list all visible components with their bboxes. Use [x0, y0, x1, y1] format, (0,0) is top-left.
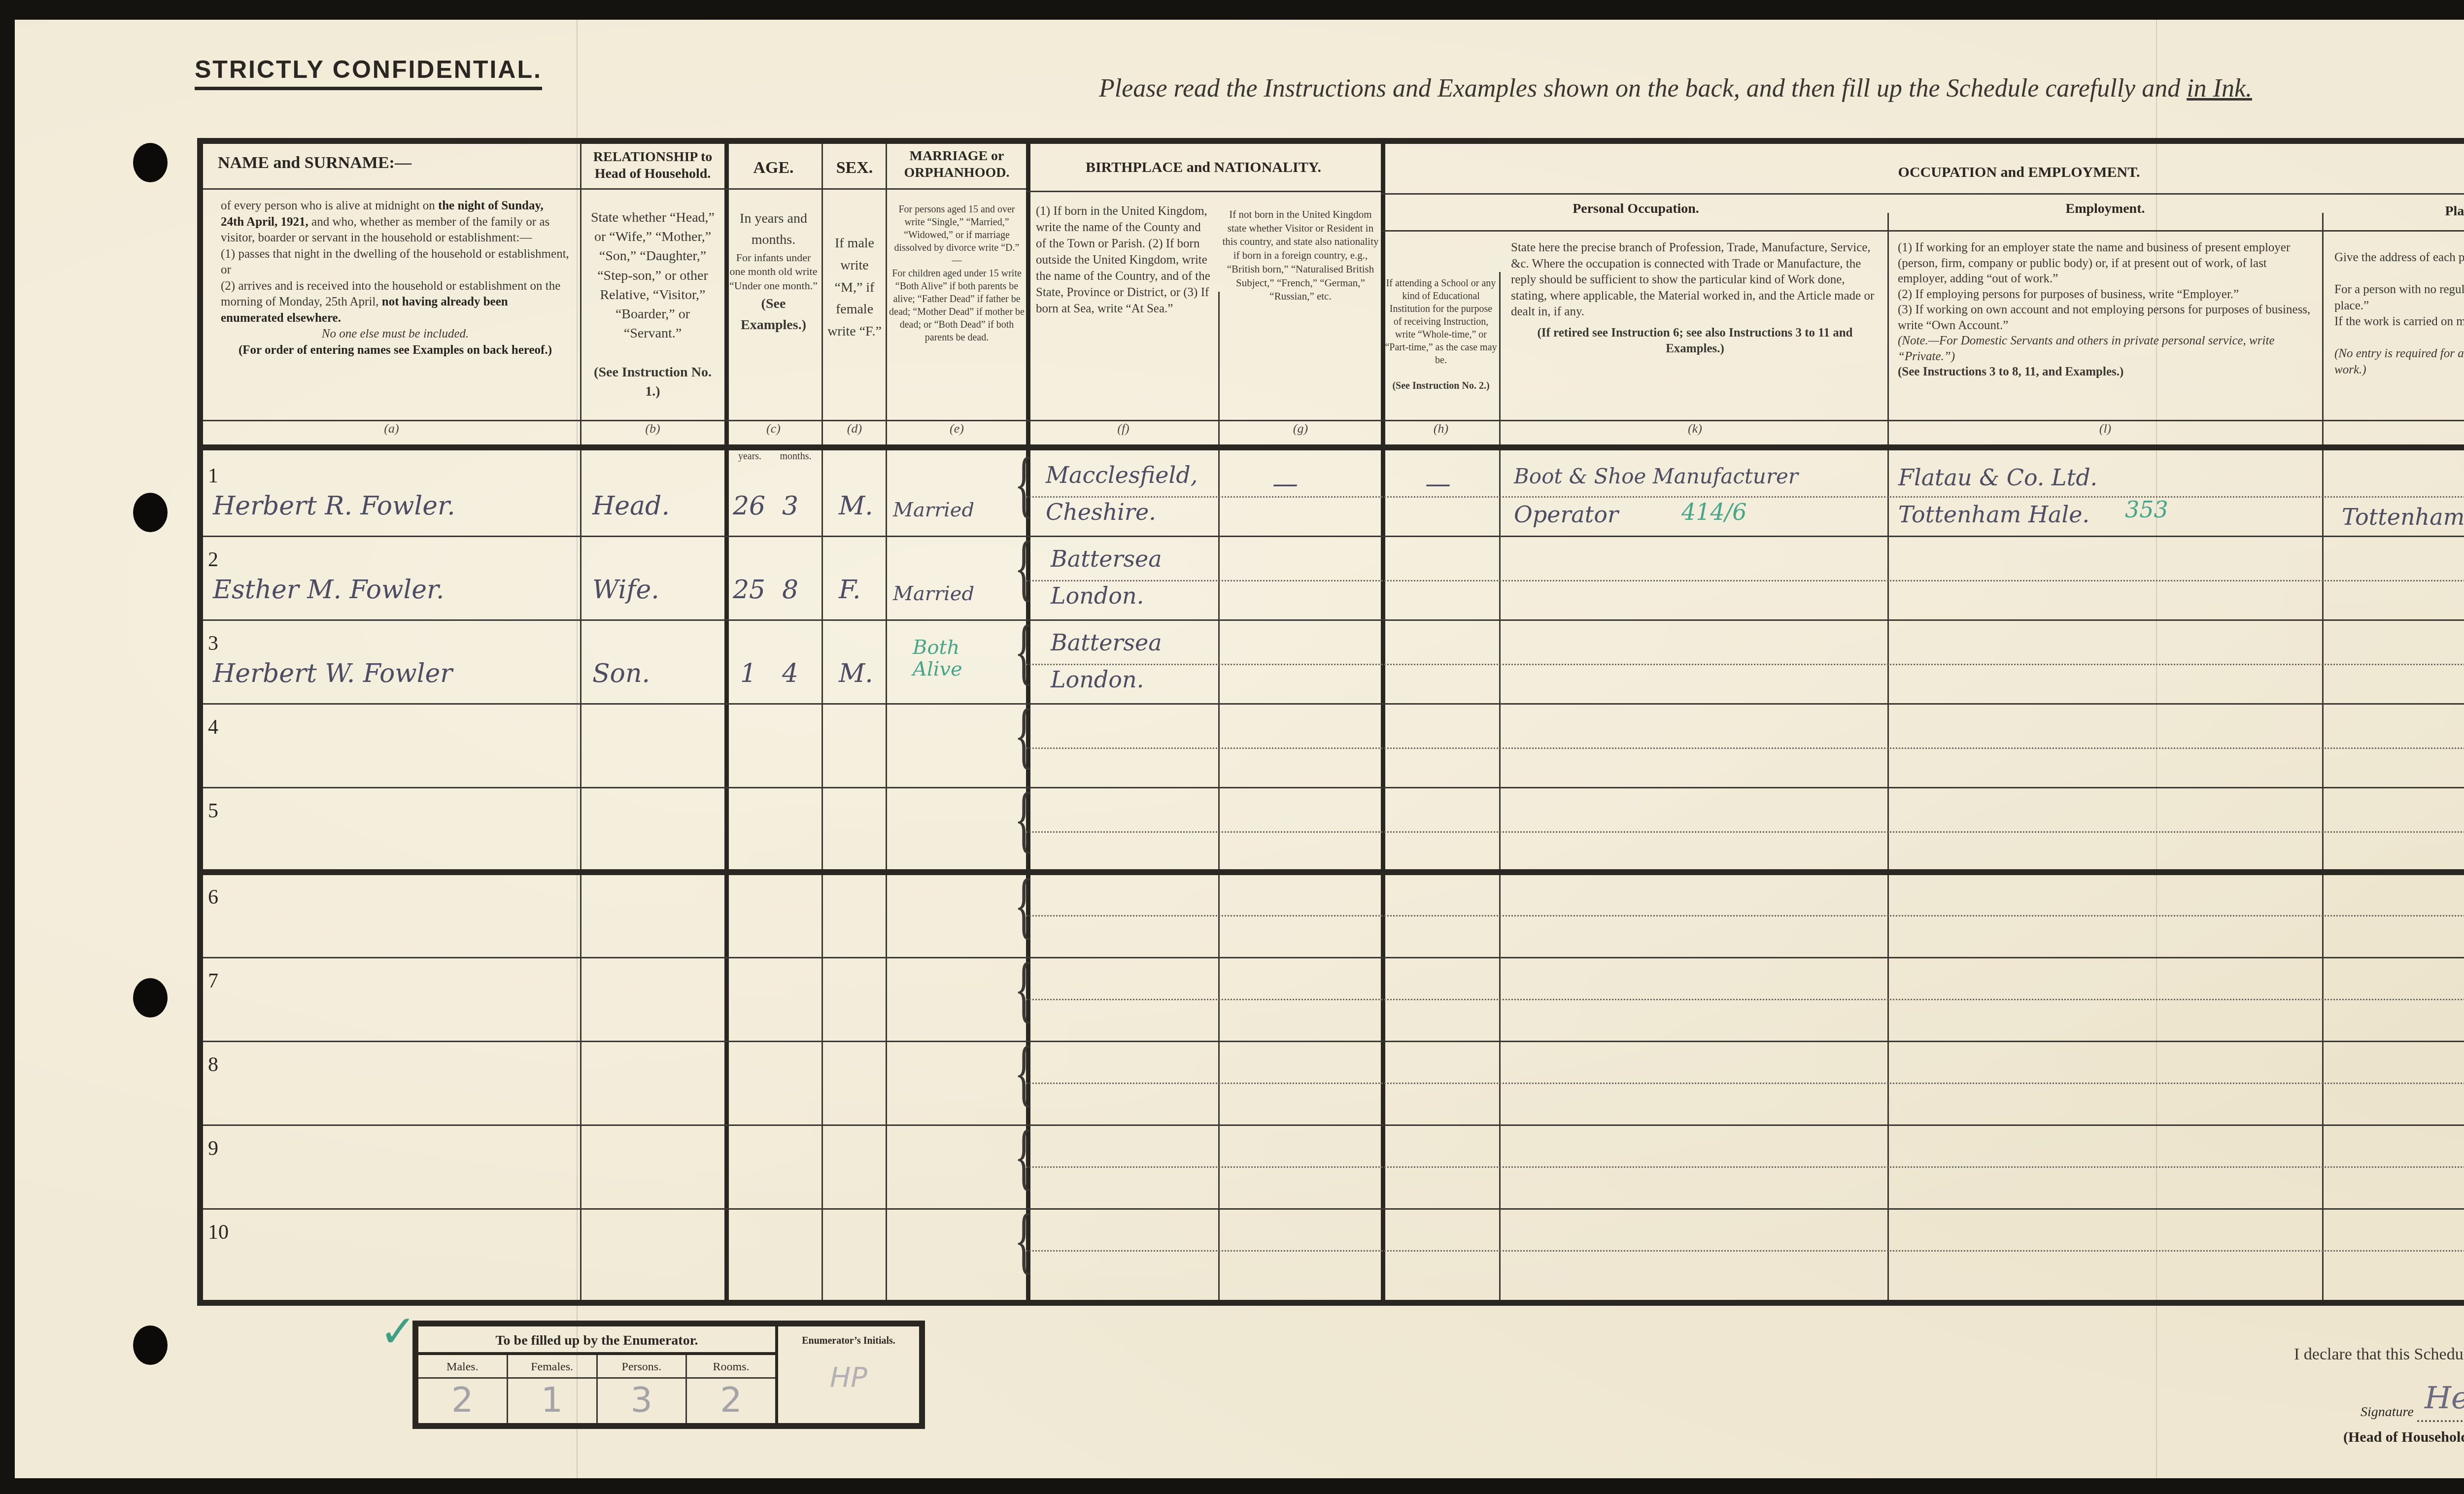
signature-label: Signature	[2361, 1404, 2414, 1420]
col-letter-k: (k)	[1504, 421, 1886, 437]
row1-employment-code: 353	[2125, 496, 2168, 523]
col-letter-f: (f)	[1031, 421, 1216, 437]
header-place-of-work-instructions: Give the address of each person’s place …	[2325, 250, 2464, 378]
row-number: 10	[208, 1221, 229, 1244]
row2-sex[interactable]: F.	[839, 575, 861, 605]
row-number: 9	[208, 1137, 218, 1160]
col-divider	[886, 144, 887, 1300]
row-number: 6	[208, 885, 218, 909]
enumerator-summary-box: To be filled up by the Enumerator. Males…	[412, 1321, 925, 1429]
row-divider	[203, 957, 2464, 958]
enumerator-initials-cell[interactable]: Enumerator’s Initials. HP	[778, 1326, 919, 1423]
brace-icon: {	[1014, 1036, 1034, 1110]
header-marriage: MARRIAGE or ORPHANHOOD.	[889, 148, 1025, 181]
punch-hole	[133, 978, 168, 1018]
row3-birthplace-town[interactable]: Battersea	[1051, 629, 1162, 656]
rooms-cell[interactable]: Rooms.2	[685, 1355, 775, 1423]
row3-sex[interactable]: M.	[839, 659, 873, 688]
col-letter-b: (b)	[582, 421, 723, 437]
dotted-line	[1026, 831, 2464, 833]
signature-field[interactable]: Herbert Roy Fowler.	[2425, 1380, 2464, 1416]
dotted-line	[1026, 1166, 2464, 1168]
row-divider	[1381, 193, 2464, 195]
header-name: NAME and SURNAME:—	[218, 153, 573, 173]
col-divider	[1887, 213, 1889, 1300]
row-divider	[203, 536, 2464, 537]
row2-age-years[interactable]: 25	[733, 575, 765, 605]
row-divider	[203, 1124, 2464, 1126]
punch-hole	[133, 1325, 168, 1365]
declaration-text: I declare that this Schedule is correctl…	[2294, 1345, 2464, 1364]
census-table: NAME and SURNAME:— of every person who i…	[197, 138, 2464, 1306]
row1-sex[interactable]: M.	[839, 491, 873, 521]
row-divider	[203, 703, 2464, 705]
fill-instruction: Please read the Instructions and Example…	[1099, 74, 2252, 103]
col-divider	[2322, 213, 2324, 1300]
col-letter-c: (c)	[728, 421, 819, 437]
brace-icon: {	[1014, 447, 1034, 521]
row1-education[interactable]: —	[1425, 469, 1451, 499]
brace-icon: {	[1014, 614, 1034, 688]
row2-marriage[interactable]: Married	[893, 582, 974, 605]
header-age: AGE.	[728, 158, 819, 178]
age-years-label: years.	[726, 450, 773, 462]
header-employment: Employment.	[1891, 201, 2320, 217]
dotted-line	[1026, 580, 2464, 581]
row3-orphanhood[interactable]: Both Alive	[913, 637, 967, 680]
row-divider	[203, 787, 2464, 788]
brace-icon: {	[1014, 1203, 1034, 1277]
age-months-label: months.	[770, 450, 821, 462]
header-place-of-work: Place of Work.	[2325, 203, 2464, 220]
green-check-icon: ✓	[379, 1306, 416, 1358]
row-number: 2	[208, 548, 218, 572]
row1-birthplace-town[interactable]: Macclesfield,	[1046, 462, 1198, 488]
col-letter-l: (l)	[1891, 421, 2320, 437]
header-occupation-group: OCCUPATION and EMPLOYMENT.	[1386, 164, 2464, 182]
col-letter-m: (m)	[2325, 421, 2464, 437]
header-marriage-instructions: For persons aged 15 and over write “Sing…	[889, 203, 1025, 344]
page-title: STRICTLY CONFIDENTIAL.	[195, 55, 542, 90]
row-divider	[203, 1041, 2464, 1042]
row-divider	[1381, 230, 2464, 232]
col-letter-d: (d)	[825, 421, 884, 437]
col-letter-h: (h)	[1385, 421, 1497, 437]
brace-icon: {	[1014, 1120, 1034, 1193]
dotted-line	[1026, 747, 2464, 749]
col-letter-g: (g)	[1222, 421, 1379, 437]
row2-birthplace-town[interactable]: Battersea	[1051, 545, 1162, 572]
header-employment-instructions: (1) If working for an employer state the…	[1891, 240, 2320, 380]
brace-icon: {	[1014, 782, 1034, 856]
header-sex: SEX.	[825, 158, 884, 178]
row-group-divider	[203, 869, 2464, 875]
row2-relationship[interactable]: Wife.	[592, 575, 659, 605]
row-divider	[1026, 191, 1381, 192]
header-birthplace: BIRTHPLACE and NATIONALITY.	[1031, 159, 1376, 177]
row1-name[interactable]: Herbert R. Fowler.	[213, 491, 455, 521]
header-relationship: RELATIONSHIP to Head of Household.	[582, 149, 723, 182]
header-birthplace-instructions: (1) If born in the United Kingdom, write…	[1031, 203, 1216, 317]
row2-birthplace-county[interactable]: London.	[1051, 582, 1144, 609]
row1-occupation-line2[interactable]: Operator	[1514, 501, 1618, 528]
brace-icon: {	[1014, 868, 1034, 942]
row1-age-years[interactable]: 26	[733, 491, 765, 521]
header-education-instructions: If attending a School or any kind of Edu…	[1385, 277, 1497, 392]
row3-age-years[interactable]: 1	[740, 659, 756, 688]
header-personal-occupation: Personal Occupation.	[1386, 201, 1886, 217]
header-personal-occupation-instructions: State here the precise branch of Profess…	[1504, 240, 1886, 357]
col-divider	[821, 144, 823, 1300]
row1-nationality[interactable]: —	[1272, 469, 1298, 499]
row3-relationship[interactable]: Son.	[592, 659, 650, 688]
row1-age-months[interactable]: 3	[782, 491, 798, 521]
header-nationality-instructions: If not born in the United Kingdom state …	[1222, 208, 1379, 304]
col-divider	[1218, 292, 1220, 1300]
persons-cell[interactable]: Persons.3	[596, 1355, 686, 1423]
row-number: 3	[208, 632, 218, 655]
row1-birthplace-county[interactable]: Cheshire.	[1046, 499, 1156, 525]
row3-name[interactable]: Herbert W. Fowler	[213, 659, 452, 688]
males-cell[interactable]: Males.2	[418, 1355, 507, 1423]
dotted-line	[1026, 1250, 2464, 1252]
brace-icon: {	[1014, 952, 1034, 1026]
dotted-line	[1026, 999, 2464, 1000]
col-letter-a: (a)	[203, 421, 580, 437]
header-sex-instructions: If male write “M,” if female write “F.”	[825, 233, 884, 343]
dotted-line	[1026, 1083, 2464, 1084]
header-relationship-instructions: State whether “Head,” or “Wife,” “Mother…	[585, 208, 720, 401]
row-number: 4	[208, 715, 218, 739]
row-divider	[203, 188, 1026, 190]
row-number: 8	[208, 1053, 218, 1077]
row1-marriage[interactable]: Married	[893, 499, 974, 521]
row-number: 1	[208, 464, 218, 488]
row2-name[interactable]: Esther M. Fowler.	[213, 575, 445, 605]
col-divider	[1499, 272, 1501, 1300]
punch-hole	[133, 493, 168, 532]
enumerator-box-title: To be filled up by the Enumerator.	[418, 1326, 775, 1355]
row1-occupation-line1[interactable]: Boot & Shoe Manufacturer	[1514, 464, 1798, 488]
header-body-divider	[203, 444, 2464, 450]
row1-place-of-work[interactable]: Tottenham	[2342, 504, 2464, 530]
row1-employer[interactable]: Flatau & Co. Ltd.	[1898, 464, 2097, 491]
row2-age-months[interactable]: 8	[782, 575, 798, 605]
punch-hole	[133, 143, 168, 182]
row-number: 7	[208, 969, 218, 993]
row1-occupation-code: 414/6	[1681, 499, 1747, 525]
row3-age-months[interactable]: 4	[782, 659, 798, 688]
dotted-line	[1026, 915, 2464, 917]
header-name-instructions: of every person who is alive at midnight…	[213, 198, 578, 415]
dotted-line	[1026, 496, 2464, 498]
row3-birthplace-county[interactable]: London.	[1051, 666, 1144, 693]
col-letter-e: (e)	[889, 421, 1025, 437]
header-age-instructions: In years and months.For infants under on…	[728, 208, 819, 336]
col-divider	[580, 144, 582, 1300]
brace-icon: {	[1014, 531, 1034, 605]
row-divider	[203, 619, 2464, 621]
row-divider	[203, 1208, 2464, 1210]
row1-employer-address[interactable]: Tottenham Hale.	[1898, 501, 2089, 528]
signature-line	[2417, 1420, 2464, 1422]
brace-icon: {	[1014, 698, 1034, 772]
row-number: 5	[208, 799, 218, 823]
dotted-line	[1026, 664, 2464, 665]
row1-relationship[interactable]: Head.	[592, 491, 670, 521]
females-cell[interactable]: Females.1	[507, 1355, 596, 1423]
signature-note: (Head of Household, Manager of Establish…	[2343, 1429, 2464, 1446]
